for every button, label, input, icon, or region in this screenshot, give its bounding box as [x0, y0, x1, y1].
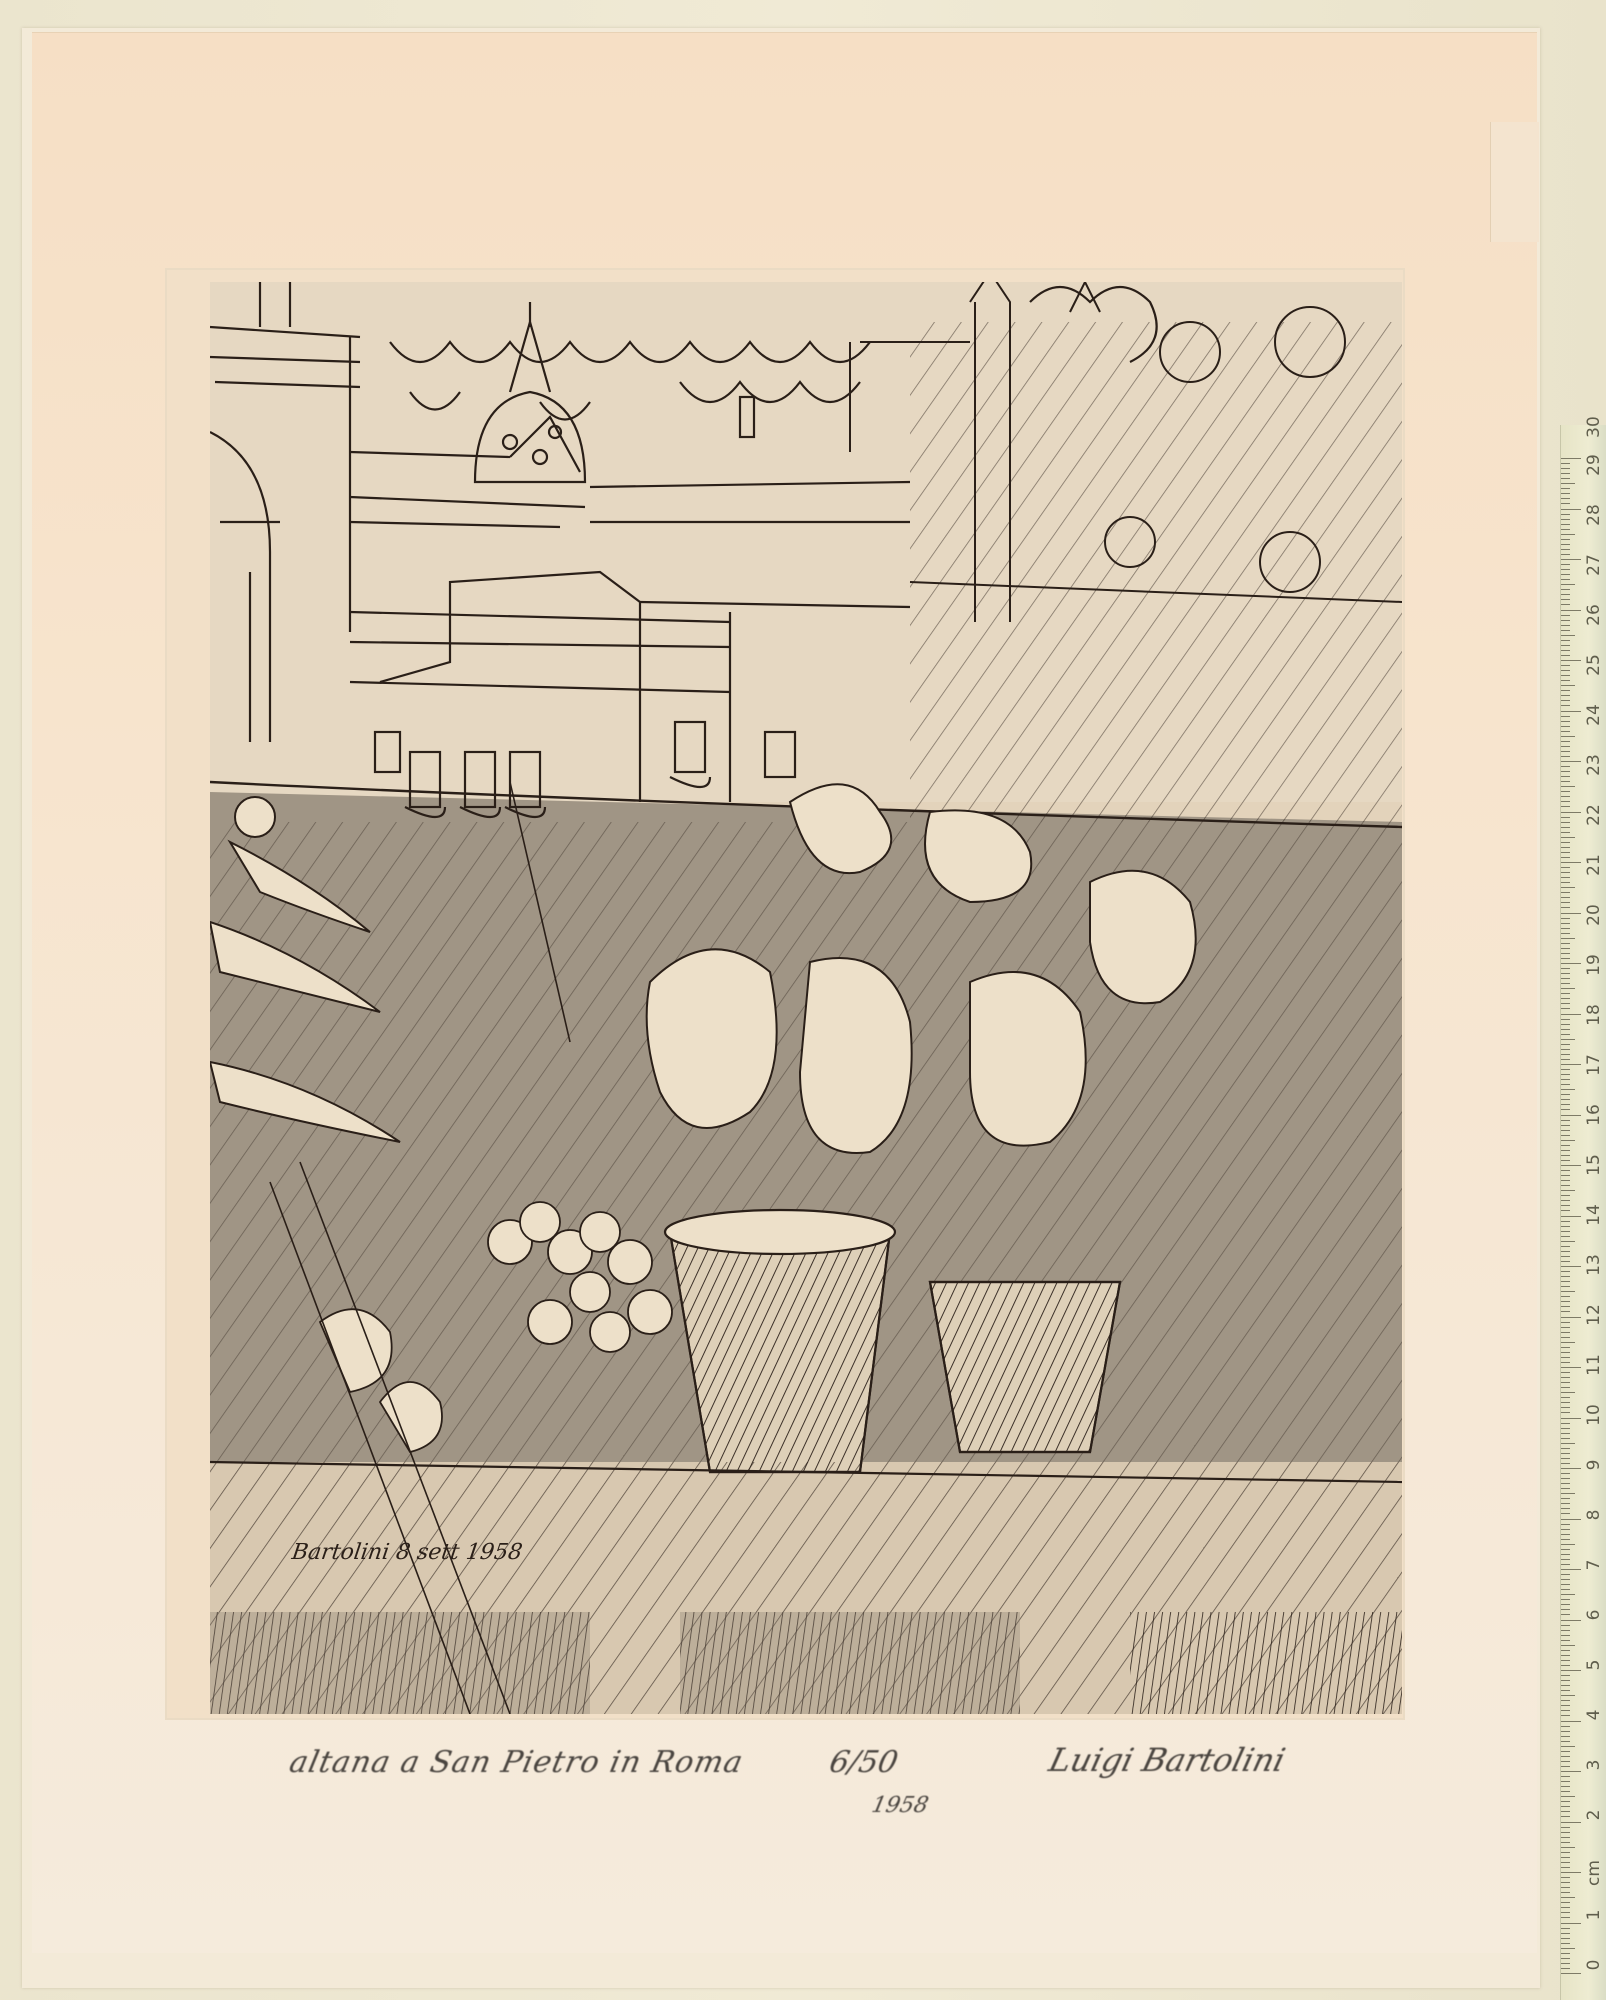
ruler-tick: [1561, 812, 1581, 813]
ruler-tick: [1561, 564, 1570, 565]
ruler-number: 1: [1584, 1904, 1604, 1926]
ruler-tick: [1561, 1857, 1570, 1858]
ruler-tick: [1561, 731, 1570, 732]
ruler-tick: [1561, 1145, 1570, 1146]
ruler-tick: [1561, 832, 1570, 833]
ruler-tick: [1561, 1488, 1570, 1489]
ruler-tick: [1561, 1630, 1570, 1631]
ruler-tick: [1561, 1084, 1570, 1085]
ruler-tick: [1561, 1266, 1581, 1267]
ruler-tick: [1561, 1109, 1570, 1110]
ruler-tick: [1561, 1160, 1570, 1161]
ruler-tick: [1561, 1125, 1570, 1126]
ruler-tick: [1561, 806, 1570, 807]
ruler-tick: [1561, 776, 1570, 777]
ruler-tick: [1561, 796, 1570, 797]
ruler-tick: [1561, 1589, 1570, 1590]
ruler-tick: [1561, 791, 1570, 792]
ruler-tick: [1561, 610, 1581, 611]
ruler-number: 17: [1584, 1054, 1604, 1076]
ruler-tick: [1561, 1453, 1570, 1454]
ruler-tick: [1561, 1195, 1570, 1196]
ruler-tick: [1561, 579, 1570, 580]
ruler-tick: [1561, 1372, 1570, 1373]
ruler-tick: [1561, 705, 1570, 706]
ruler-tick: [1561, 1710, 1570, 1711]
inscription-edition: 6/50: [826, 1745, 901, 1780]
ruler-tick: [1561, 473, 1570, 474]
ruler-tick: [1561, 1468, 1581, 1469]
ruler-tick: [1561, 1877, 1570, 1878]
ruler-tick: [1561, 509, 1581, 510]
ruler-tick: [1561, 1882, 1570, 1883]
ruler-tick: [1561, 1751, 1570, 1752]
ruler-number: 6: [1584, 1604, 1604, 1626]
ruler-tick: [1561, 1412, 1570, 1413]
ruler-tick: [1561, 913, 1581, 914]
ruler-tick: [1561, 569, 1570, 570]
ruler-tick: [1561, 1508, 1570, 1509]
ruler-tick: [1561, 700, 1570, 701]
ruler-number: 23: [1584, 754, 1604, 776]
ruler-tick: [1561, 1190, 1575, 1191]
ruler-tick: [1561, 1892, 1570, 1893]
ruler-tick: [1561, 1822, 1581, 1823]
ruler-tick: [1561, 1928, 1570, 1929]
ruler-tick: [1561, 1175, 1570, 1176]
ruler-tick: [1561, 1827, 1570, 1828]
ruler-tick: [1561, 1741, 1570, 1742]
ruler-tick: [1561, 1074, 1570, 1075]
ruler-tick: [1561, 1261, 1570, 1262]
ruler-tick: [1561, 1675, 1570, 1676]
ruler-tick: [1561, 1357, 1570, 1358]
ruler-tick: [1561, 751, 1570, 752]
ruler-tick: [1561, 968, 1570, 969]
ruler-tick: [1561, 1867, 1570, 1868]
ruler-tick: [1561, 1064, 1581, 1065]
ruler-tick: [1561, 1650, 1570, 1651]
ruler-tick: [1561, 1766, 1570, 1767]
ruler-tick: [1561, 1973, 1581, 1974]
ruler-number: 26: [1584, 604, 1604, 626]
ruler-tick: [1561, 1938, 1570, 1939]
measuring-ruler: 0 1 cm 2 3 4 5 6 7 8 9 10 11 12 13 14 15…: [1560, 425, 1606, 2000]
ruler-tick: [1561, 973, 1570, 974]
ruler-tick: [1561, 1296, 1570, 1297]
ruler-tick: [1561, 645, 1570, 646]
inscription-year: 1958: [869, 1793, 930, 1818]
ruler-tick: [1561, 827, 1570, 828]
ruler-tick: [1561, 1559, 1570, 1560]
ruler-tick: [1561, 1847, 1575, 1848]
ruler-tick: [1561, 1503, 1570, 1504]
ruler-number: 29: [1584, 454, 1604, 476]
ruler-tick: [1561, 1428, 1570, 1429]
ruler-tick: [1561, 897, 1570, 898]
ruler-number: 18: [1584, 1004, 1604, 1026]
ruler-tick: [1561, 1832, 1570, 1833]
ruler-tick: [1561, 1700, 1570, 1701]
ruler-tick: [1561, 1044, 1570, 1045]
ruler-tick: [1561, 1493, 1575, 1494]
ruler-tick: [1561, 1165, 1581, 1166]
ruler-tick: [1561, 1721, 1581, 1722]
ruler-tick: [1561, 1594, 1575, 1595]
ruler-tick: [1561, 514, 1570, 515]
ruler-tick: [1561, 615, 1570, 616]
ruler-tick: [1561, 1099, 1570, 1100]
ruler-tick: [1561, 1251, 1570, 1252]
ruler-tick: [1561, 1554, 1570, 1555]
ruler-tick: [1561, 933, 1570, 934]
ruler-tick: [1561, 948, 1570, 949]
ruler-tick: [1561, 1210, 1570, 1211]
ruler-tick: [1561, 1155, 1570, 1156]
ruler-tick: [1561, 1402, 1570, 1403]
ruler-tick: [1561, 1953, 1570, 1954]
ruler-number: 28: [1584, 504, 1604, 526]
ruler-tick: [1561, 1670, 1581, 1671]
ruler-tick: [1561, 882, 1570, 883]
ruler-tick: [1561, 458, 1581, 459]
ruler-tick: [1561, 1614, 1570, 1615]
ruler-tick: [1561, 690, 1570, 691]
ruler-tick: [1561, 1625, 1570, 1626]
ruler-tick: [1561, 1246, 1570, 1247]
ruler-tick: [1561, 1221, 1570, 1222]
ruler-tick: [1561, 675, 1570, 676]
ruler-number: 24: [1584, 704, 1604, 726]
ruler-tick: [1561, 1397, 1570, 1398]
ruler-tick: [1561, 907, 1570, 908]
ruler-tick: [1561, 1352, 1570, 1353]
ruler-tick: [1561, 493, 1570, 494]
ruler-tick: [1561, 1322, 1570, 1323]
ruler-tick: [1561, 1231, 1570, 1232]
ruler-tick: [1561, 1306, 1570, 1307]
ruler-tick: [1561, 1837, 1570, 1838]
ruler-tick: [1561, 998, 1570, 999]
ruler-tick: [1561, 1609, 1570, 1610]
ruler-number: 2: [1584, 1804, 1604, 1826]
ruler-tick: [1561, 1180, 1570, 1181]
ruler-tick: [1561, 680, 1570, 681]
ruler-tick: [1561, 463, 1570, 464]
ruler-tick: [1561, 1205, 1570, 1206]
ruler-tick: [1561, 1529, 1570, 1530]
ruler-tick: [1561, 1135, 1570, 1136]
ruler-tick: [1561, 1433, 1570, 1434]
ruler-tick: [1561, 993, 1570, 994]
ruler-number: 7: [1584, 1554, 1604, 1576]
ruler-tick: [1561, 1948, 1575, 1949]
ruler-tick: [1561, 1705, 1570, 1706]
ruler-tick: [1561, 574, 1570, 575]
ruler-tick: [1561, 1761, 1570, 1762]
ruler-tick: [1561, 1695, 1575, 1696]
ruler-tick: [1561, 1736, 1570, 1737]
ruler-tick: [1561, 1958, 1570, 1959]
inscription-title: altana a San Pietro in Roma: [286, 1745, 746, 1780]
ruler-number: 13: [1584, 1254, 1604, 1276]
ruler-unit-label: cm: [1584, 1864, 1604, 1886]
ruler-tick: [1561, 1241, 1575, 1242]
ruler-tick: [1561, 635, 1575, 636]
ruler-tick: [1561, 1008, 1570, 1009]
ruler-tick: [1561, 1115, 1581, 1116]
ruler-tick: [1561, 503, 1570, 504]
ruler-number: 3: [1584, 1754, 1604, 1776]
ruler-tick: [1561, 1392, 1575, 1393]
ruler-number: 16: [1584, 1104, 1604, 1126]
ruler-tick: [1561, 1256, 1570, 1257]
ruler-tick: [1561, 837, 1575, 838]
ruler-tick: [1561, 1655, 1570, 1656]
ruler-tick: [1561, 1226, 1570, 1227]
ruler-tick: [1561, 1519, 1581, 1520]
ruler-tick: [1561, 1756, 1570, 1757]
ruler-tick: [1561, 1791, 1570, 1792]
ruler-tick: [1561, 544, 1570, 545]
ruler-tick: [1561, 1094, 1570, 1095]
ruler-tick: [1561, 1382, 1570, 1383]
ruler-tick: [1561, 958, 1570, 959]
ruler-tick: [1561, 695, 1570, 696]
ruler-tick: [1561, 594, 1570, 595]
ruler-tick: [1561, 1811, 1570, 1812]
ruler-tick: [1561, 786, 1575, 787]
ruler-tick: [1561, 1140, 1575, 1141]
ruler-number: 14: [1584, 1204, 1604, 1226]
ruler-tick: [1561, 1029, 1570, 1030]
ruler-number: 30: [1584, 416, 1604, 438]
ruler-tick: [1561, 660, 1581, 661]
ruler-tick: [1561, 549, 1570, 550]
ruler-tick: [1561, 1034, 1570, 1035]
ruler-tick: [1561, 554, 1570, 555]
ruler-tick: [1561, 534, 1575, 535]
ruler-tick: [1561, 1311, 1570, 1312]
ruler-tick: [1561, 1660, 1570, 1661]
ruler-tick: [1561, 1342, 1575, 1343]
ruler-tick: [1561, 655, 1570, 656]
ruler-tick: [1561, 1130, 1570, 1131]
ruler-tick: [1561, 1059, 1570, 1060]
ruler-tick: [1561, 1150, 1570, 1151]
ruler-tick: [1561, 766, 1570, 767]
ruler-tick: [1561, 1801, 1570, 1802]
ruler-tick: [1561, 1726, 1570, 1727]
ruler-tick: [1561, 817, 1570, 818]
ruler-tick: [1561, 877, 1570, 878]
ruler-tick: [1561, 1923, 1581, 1924]
ruler-tick: [1561, 1685, 1570, 1686]
ruler-tick: [1561, 1054, 1570, 1055]
ruler-tick: [1561, 599, 1570, 600]
ruler-tick: [1561, 761, 1581, 762]
plate-signature: Bartolini 8 sett 1958: [290, 1540, 524, 1565]
ruler-tick: [1561, 963, 1581, 964]
ruler-tick: [1561, 1852, 1570, 1853]
ruler-number: 25: [1584, 654, 1604, 676]
ruler-tick: [1561, 1933, 1570, 1934]
ruler-tick: [1561, 1286, 1570, 1287]
ruler-tick: [1561, 1170, 1570, 1171]
ruler-tick: [1561, 670, 1570, 671]
ruler-tick: [1561, 872, 1570, 873]
ruler-number: 4: [1584, 1704, 1604, 1726]
ruler-tick: [1561, 1276, 1570, 1277]
ruler-tick: [1561, 1377, 1570, 1378]
ruler-tick: [1561, 1347, 1570, 1348]
ruler-tick: [1561, 1271, 1570, 1272]
ruler-tick: [1561, 887, 1575, 888]
ruler-tick: [1561, 640, 1570, 641]
ruler-tick: [1561, 468, 1570, 469]
ruler-tick: [1561, 1862, 1570, 1863]
ruler-number: 20: [1584, 904, 1604, 926]
ruler-tick: [1561, 746, 1570, 747]
ruler-tick: [1561, 1458, 1570, 1459]
ruler-tick: [1561, 1483, 1570, 1484]
ruler-tick: [1561, 902, 1570, 903]
ruler-tick: [1561, 771, 1570, 772]
ruler-number: 5: [1584, 1654, 1604, 1676]
ruler-tick: [1561, 1574, 1570, 1575]
ruler-tick: [1561, 1513, 1570, 1514]
etching-plate-image: [210, 282, 1402, 1714]
ruler-number: 12: [1584, 1304, 1604, 1326]
ruler-tick: [1561, 650, 1570, 651]
ruler-tick: [1561, 1236, 1570, 1237]
ruler-tick: [1561, 1443, 1575, 1444]
ruler-tick: [1561, 1185, 1570, 1186]
ruler-number: 19: [1584, 954, 1604, 976]
ruler-tick: [1561, 1715, 1570, 1716]
pencil-inscription: altana a San Pietro in Roma 6/50 Luigi B…: [290, 1745, 1390, 1835]
ruler-tick: [1561, 1524, 1570, 1525]
ruler-tick: [1561, 756, 1570, 757]
ruler-tick: [1561, 1680, 1570, 1681]
ruler-number: 9: [1584, 1454, 1604, 1476]
ruler-tick: [1561, 1317, 1581, 1318]
ruler-tick: [1561, 559, 1581, 560]
ruler-tick: [1561, 1635, 1570, 1636]
ruler-tick: [1561, 529, 1570, 530]
ruler-tick: [1561, 1912, 1570, 1913]
ruler-tick: [1561, 1907, 1570, 1908]
ruler-tick: [1561, 781, 1570, 782]
ruler-tick: [1561, 1620, 1581, 1621]
ruler-tick: [1561, 1842, 1570, 1843]
ruler-tick: [1561, 524, 1570, 525]
ruler-tick: [1561, 822, 1570, 823]
ruler-tick: [1561, 584, 1575, 585]
ruler-tick: [1561, 1498, 1570, 1499]
ruler-tick: [1561, 1104, 1570, 1105]
ruler-tick: [1561, 1089, 1575, 1090]
ruler-tick: [1561, 488, 1570, 489]
ruler-tick: [1561, 736, 1575, 737]
ruler-tick: [1561, 1200, 1570, 1201]
ruler-tick: [1561, 1887, 1570, 1888]
ruler-tick: [1561, 1872, 1581, 1873]
ruler-tick: [1561, 938, 1575, 939]
ruler-tick: [1561, 1796, 1575, 1797]
ruler-tick: [1561, 1039, 1575, 1040]
ruler-tick: [1561, 1539, 1570, 1540]
ruler-tick: [1561, 1544, 1575, 1545]
ruler-tick: [1561, 1569, 1581, 1570]
ruler-tick: [1561, 1367, 1581, 1368]
ruler-tick: [1561, 1771, 1581, 1772]
ruler-tick: [1561, 867, 1570, 868]
ruler-tick: [1561, 1069, 1570, 1070]
ruler-number: 0: [1584, 1954, 1604, 1976]
ruler-tick: [1561, 1584, 1570, 1585]
inscription-signature: Luigi Bartolini: [1045, 1741, 1289, 1779]
ruler-tick: [1561, 978, 1570, 979]
ruler-tick: [1561, 483, 1575, 484]
ruler-tick: [1561, 1781, 1570, 1782]
ruler-tick: [1561, 665, 1570, 666]
ruler-tick: [1561, 1665, 1570, 1666]
ruler-number: 11: [1584, 1354, 1604, 1376]
ruler-tick: [1561, 1478, 1570, 1479]
ruler-tick: [1561, 988, 1575, 989]
ruler-tick: [1561, 1806, 1570, 1807]
ruler-tick: [1561, 1387, 1570, 1388]
ruler-tick: [1561, 1579, 1570, 1580]
ruler-number: 10: [1584, 1404, 1604, 1426]
ruler-tick: [1561, 1301, 1570, 1302]
ruler-tick: [1561, 1746, 1575, 1747]
ruler-tick: [1561, 1407, 1570, 1408]
ruler-tick: [1561, 478, 1570, 479]
ruler-tick: [1561, 1473, 1570, 1474]
ruler-tick: [1561, 1327, 1570, 1328]
ruler-tick: [1561, 1332, 1570, 1333]
ruler-tick: [1561, 726, 1570, 727]
ruler-tick: [1561, 1963, 1570, 1964]
ruler-tick: [1561, 1549, 1570, 1550]
ruler-tick: [1561, 983, 1570, 984]
ruler-tick: [1561, 519, 1570, 520]
ruler-tick: [1561, 711, 1581, 712]
ruler-tick: [1561, 1079, 1570, 1080]
ruler-tick: [1561, 1423, 1570, 1424]
ruler-tick: [1561, 741, 1570, 742]
ruler-tick: [1561, 862, 1581, 863]
ruler-tick: [1561, 801, 1570, 802]
ruler-tick: [1561, 589, 1570, 590]
ruler-tick: [1561, 498, 1570, 499]
ruler-tick: [1561, 1463, 1570, 1464]
ruler-tick: [1561, 1776, 1570, 1777]
ruler-tick: [1561, 1024, 1570, 1025]
ruler-number: 21: [1584, 854, 1604, 876]
ruler-tick: [1561, 1291, 1575, 1292]
ruler-tick: [1561, 1438, 1570, 1439]
ruler-tick: [1561, 1120, 1570, 1121]
ruler-number: 27: [1584, 554, 1604, 576]
ruler-tick: [1561, 685, 1575, 686]
ruler-tick: [1561, 1418, 1581, 1419]
ruler-tick: [1561, 928, 1570, 929]
ruler-tick: [1561, 1599, 1570, 1600]
ruler-tick: [1561, 604, 1570, 605]
